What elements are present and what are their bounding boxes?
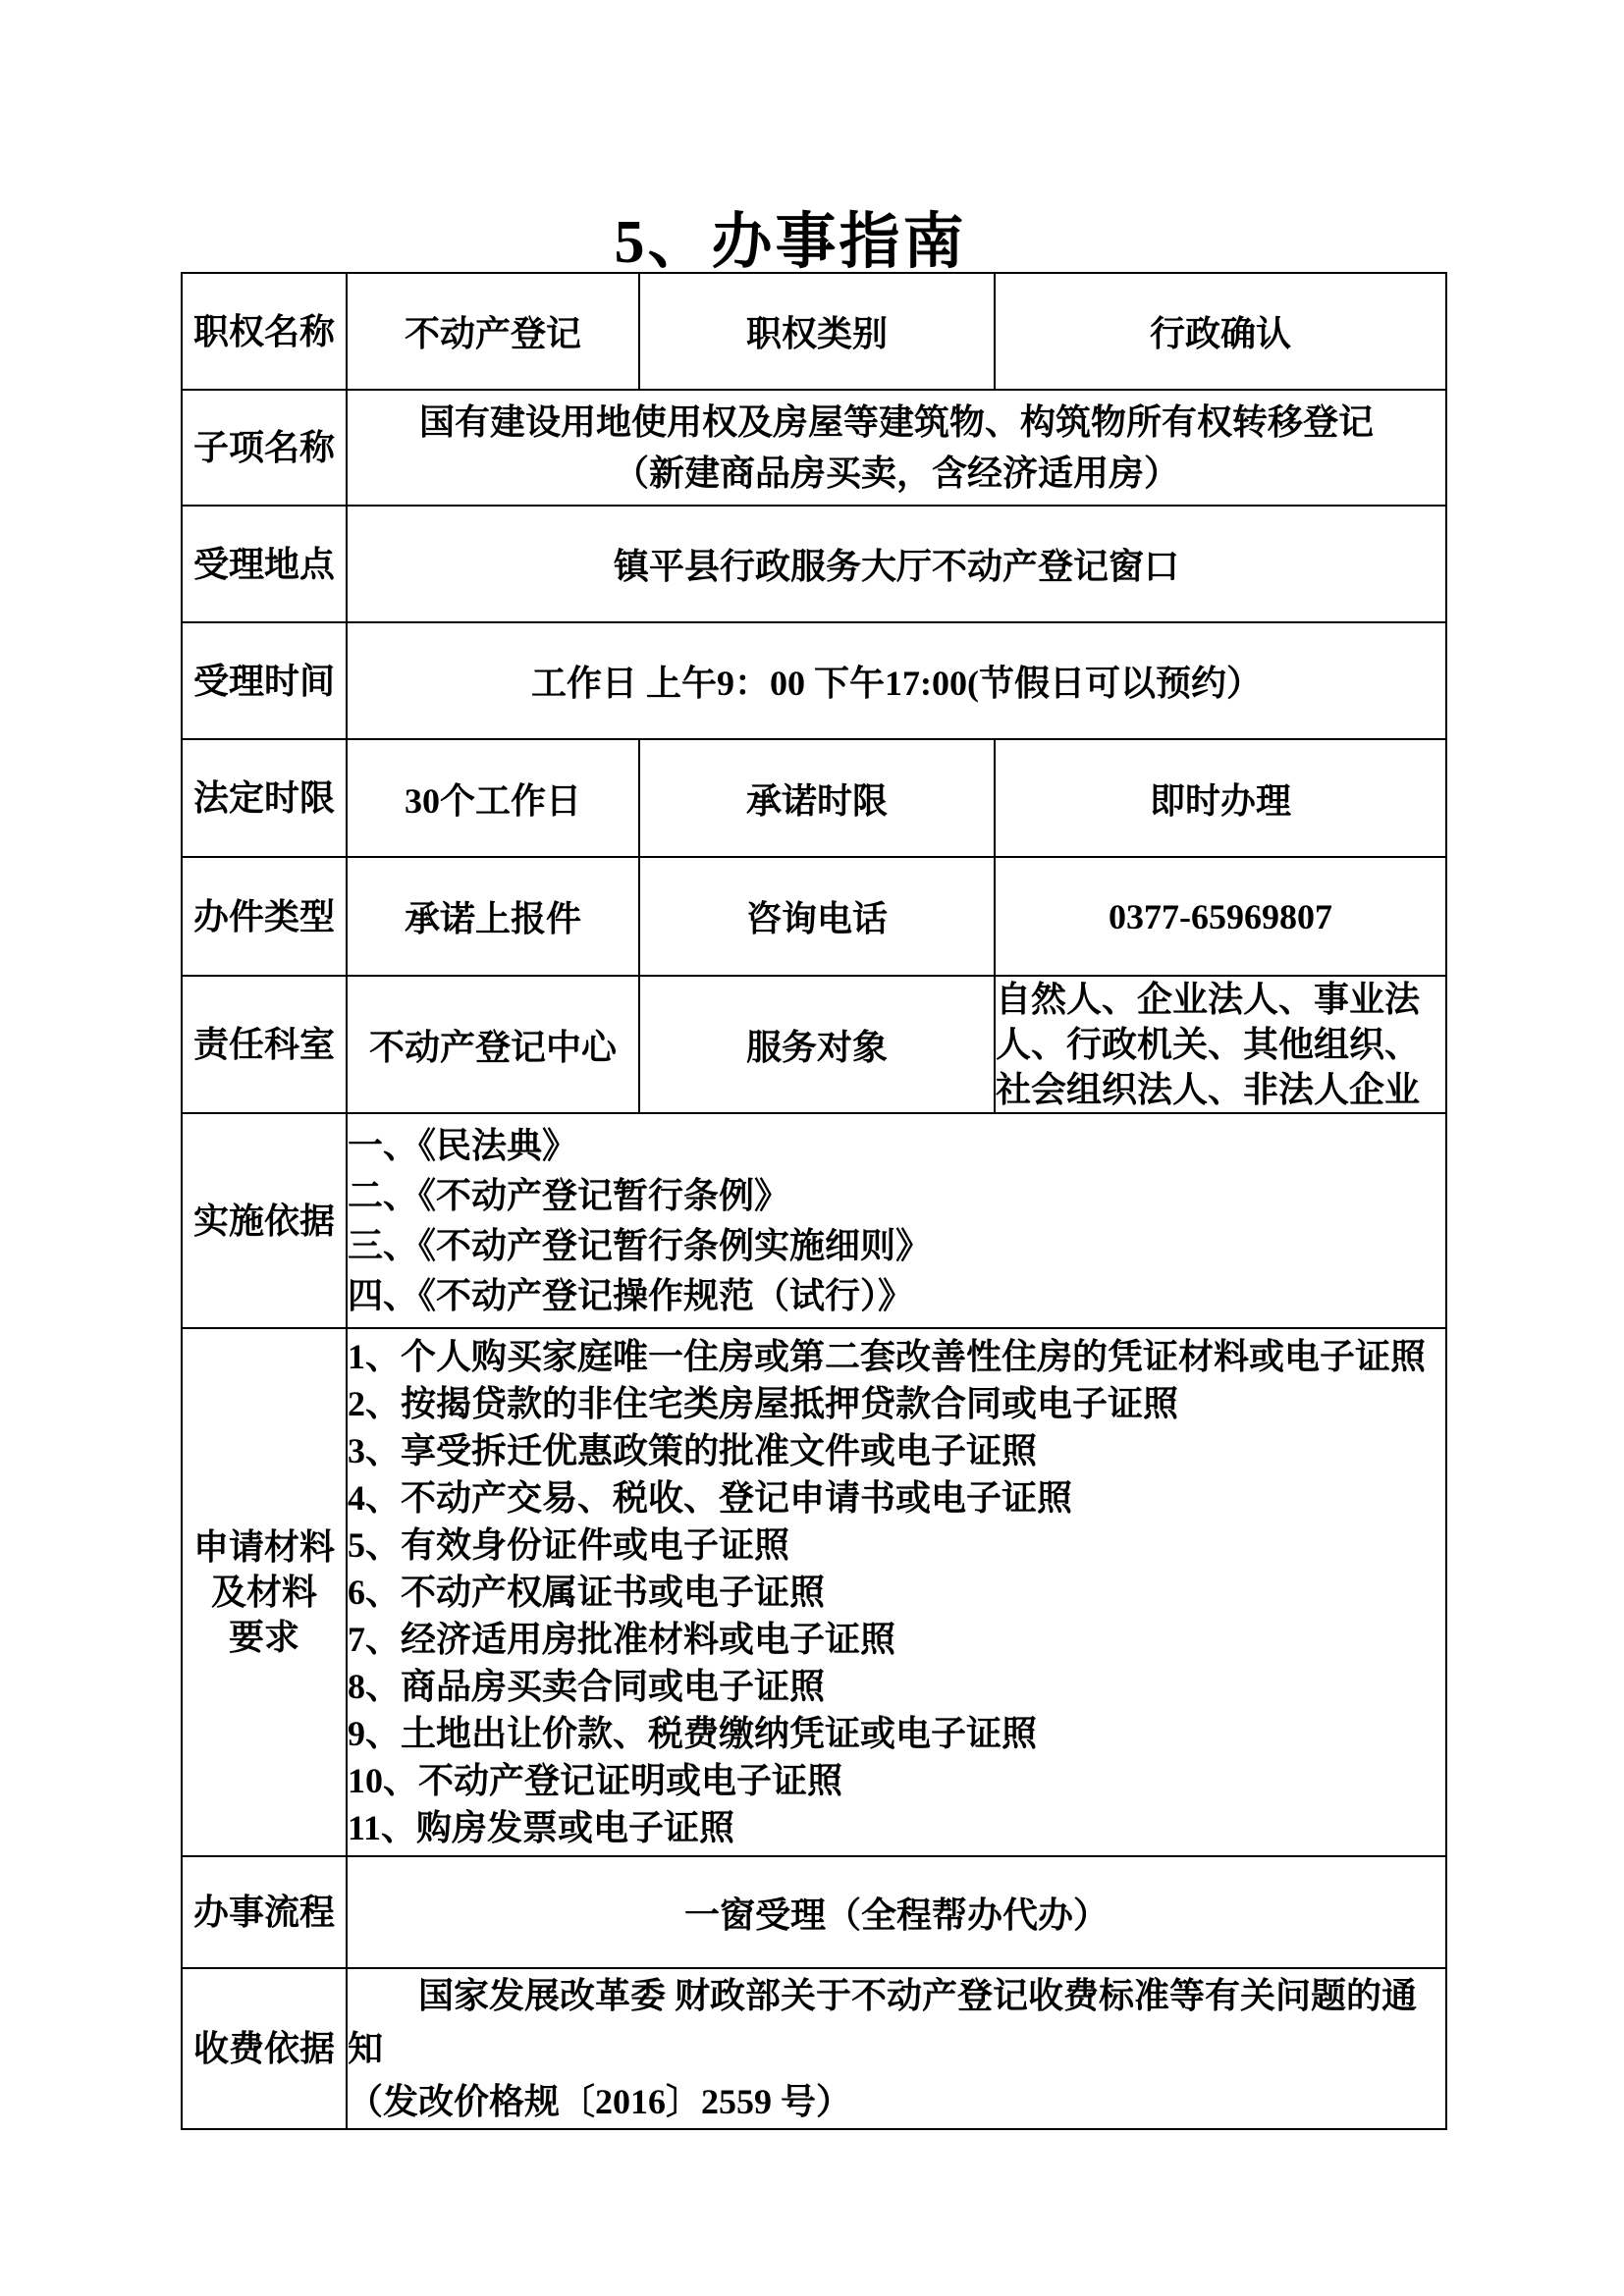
value-statutory-limit: 30个工作日 (347, 739, 639, 857)
material-item: 9、土地出让价款、税费缴纳凭证或电子证照 (348, 1710, 1445, 1757)
material-item: 11、购房发票或电子证照 (348, 1804, 1445, 1851)
material-item: 5、有效身份证件或电子证照 (348, 1522, 1445, 1569)
row-process: 办事流程 一窗受理（全程帮办代办） (182, 1856, 1446, 1968)
value-fee-basis: 国家发展改革委 财政部关于不动产登记收费标准等有关问题的通知 （发改价格规〔20… (347, 1968, 1446, 2129)
row-responsible-office: 责任科室 不动产登记中心 服务对象 自然人、企业法人、事业法人、行政机关、其他组… (182, 976, 1446, 1113)
value-acceptance-place: 镇平县行政服务大厅不动产登记窗口 (347, 506, 1446, 622)
label-power-category: 职权类别 (639, 273, 995, 390)
material-item: 3、享受拆迁优惠政策的批准文件或电子证照 (348, 1427, 1445, 1474)
row-power-name: 职权名称 不动产登记 职权类别 行政确认 (182, 273, 1446, 390)
material-item: 7、经济适用房批准材料或电子证照 (348, 1616, 1445, 1663)
row-implementation-basis: 实施依据 一、《民法典》 二、《不动产登记暂行条例》 三、《不动产登记暂行条例实… (182, 1113, 1446, 1328)
label-statutory-limit: 法定时限 (182, 739, 347, 857)
label-promised-limit: 承诺时限 (639, 739, 995, 857)
value-consult-phone: 0377-65969807 (995, 857, 1446, 976)
value-subitem-name: 国有建设用地使用权及房屋等建筑物、构筑物所有权转移登记 （新建商品房买卖，含经济… (347, 390, 1446, 506)
materials-label-line: 要求 (183, 1615, 346, 1660)
value-power-category: 行政确认 (995, 273, 1446, 390)
value-process: 一窗受理（全程帮办代办） (347, 1856, 1446, 1968)
material-item: 2、按揭贷款的非住宅类房屋抵押贷款合同或电子证照 (348, 1380, 1445, 1427)
label-power-name: 职权名称 (182, 273, 347, 390)
basis-item: 四、《不动产登记操作规范（试行）》 (348, 1271, 1445, 1321)
fee-basis-line-1: 国家发展改革委 财政部关于不动产登记收费标准等有关问题的通知 (348, 1969, 1445, 2075)
label-service-target: 服务对象 (639, 976, 995, 1113)
materials-label-line: 及材料 (183, 1570, 346, 1615)
row-application-materials: 申请材料 及材料 要求 1、个人购买家庭唯一住房或第二套改善性住房的凭证材料或电… (182, 1328, 1446, 1856)
value-implementation-basis: 一、《民法典》 二、《不动产登记暂行条例》 三、《不动产登记暂行条例实施细则》 … (347, 1113, 1446, 1328)
row-statutory-limit: 法定时限 30个工作日 承诺时限 即时办理 (182, 739, 1446, 857)
label-subitem-name: 子项名称 (182, 390, 347, 506)
fee-basis-line-2: （发改价格规〔2016〕2559 号） (348, 2075, 1445, 2128)
material-item: 10、不动产登记证明或电子证照 (348, 1757, 1445, 1804)
material-item: 1、个人购买家庭唯一住房或第二套改善性住房的凭证材料或电子证照 (348, 1333, 1445, 1380)
materials-label-line: 申请材料 (183, 1524, 346, 1570)
label-fee-basis: 收费依据 (182, 1968, 347, 2129)
value-application-materials: 1、个人购买家庭唯一住房或第二套改善性住房的凭证材料或电子证照 2、按揭贷款的非… (347, 1328, 1446, 1856)
document-page: 5、办事指南 职权名称 不动产登记 职权类别 行政确认 子项名称 国有建设用地使… (0, 0, 1624, 2296)
row-subitem-name: 子项名称 国有建设用地使用权及房屋等建筑物、构筑物所有权转移登记 （新建商品房买… (182, 390, 1446, 506)
basis-item: 二、《不动产登记暂行条例》 (348, 1171, 1445, 1221)
label-case-type: 办件类型 (182, 857, 347, 976)
material-item: 4、不动产交易、税收、登记申请书或电子证照 (348, 1474, 1445, 1522)
label-acceptance-place: 受理地点 (182, 506, 347, 622)
material-item: 6、不动产权属证书或电子证照 (348, 1569, 1445, 1616)
value-case-type: 承诺上报件 (347, 857, 639, 976)
row-case-type: 办件类型 承诺上报件 咨询电话 0377-65969807 (182, 857, 1446, 976)
label-process: 办事流程 (182, 1856, 347, 1968)
label-implementation-basis: 实施依据 (182, 1113, 347, 1328)
value-service-target: 自然人、企业法人、事业法人、行政机关、其他组织、社会组织法人、非法人企业 (995, 976, 1446, 1113)
basis-item: 三、《不动产登记暂行条例实施细则》 (348, 1221, 1445, 1271)
value-power-name: 不动产登记 (347, 273, 639, 390)
material-item: 8、商品房买卖合同或电子证照 (348, 1663, 1445, 1710)
label-consult-phone: 咨询电话 (639, 857, 995, 976)
label-acceptance-time: 受理时间 (182, 622, 347, 739)
label-application-materials: 申请材料 及材料 要求 (182, 1328, 347, 1856)
subitem-line-2: （新建商品房买卖，含经济适用房） (348, 448, 1445, 499)
value-promised-limit: 即时办理 (995, 739, 1446, 857)
subitem-line-1: 国有建设用地使用权及房屋等建筑物、构筑物所有权转移登记 (348, 397, 1445, 448)
page-title: 5、办事指南 (0, 192, 1581, 280)
label-responsible-office: 责任科室 (182, 976, 347, 1113)
value-acceptance-time: 工作日 上午9：00 下午17:00(节假日可以预约） (347, 622, 1446, 739)
service-guide-table: 职权名称 不动产登记 职权类别 行政确认 子项名称 国有建设用地使用权及房屋等建… (181, 272, 1447, 2130)
row-acceptance-time: 受理时间 工作日 上午9：00 下午17:00(节假日可以预约） (182, 622, 1446, 739)
value-responsible-office: 不动产登记中心 (347, 976, 639, 1113)
basis-item: 一、《民法典》 (348, 1121, 1445, 1171)
row-fee-basis: 收费依据 国家发展改革委 财政部关于不动产登记收费标准等有关问题的通知 （发改价… (182, 1968, 1446, 2129)
row-acceptance-place: 受理地点 镇平县行政服务大厅不动产登记窗口 (182, 506, 1446, 622)
